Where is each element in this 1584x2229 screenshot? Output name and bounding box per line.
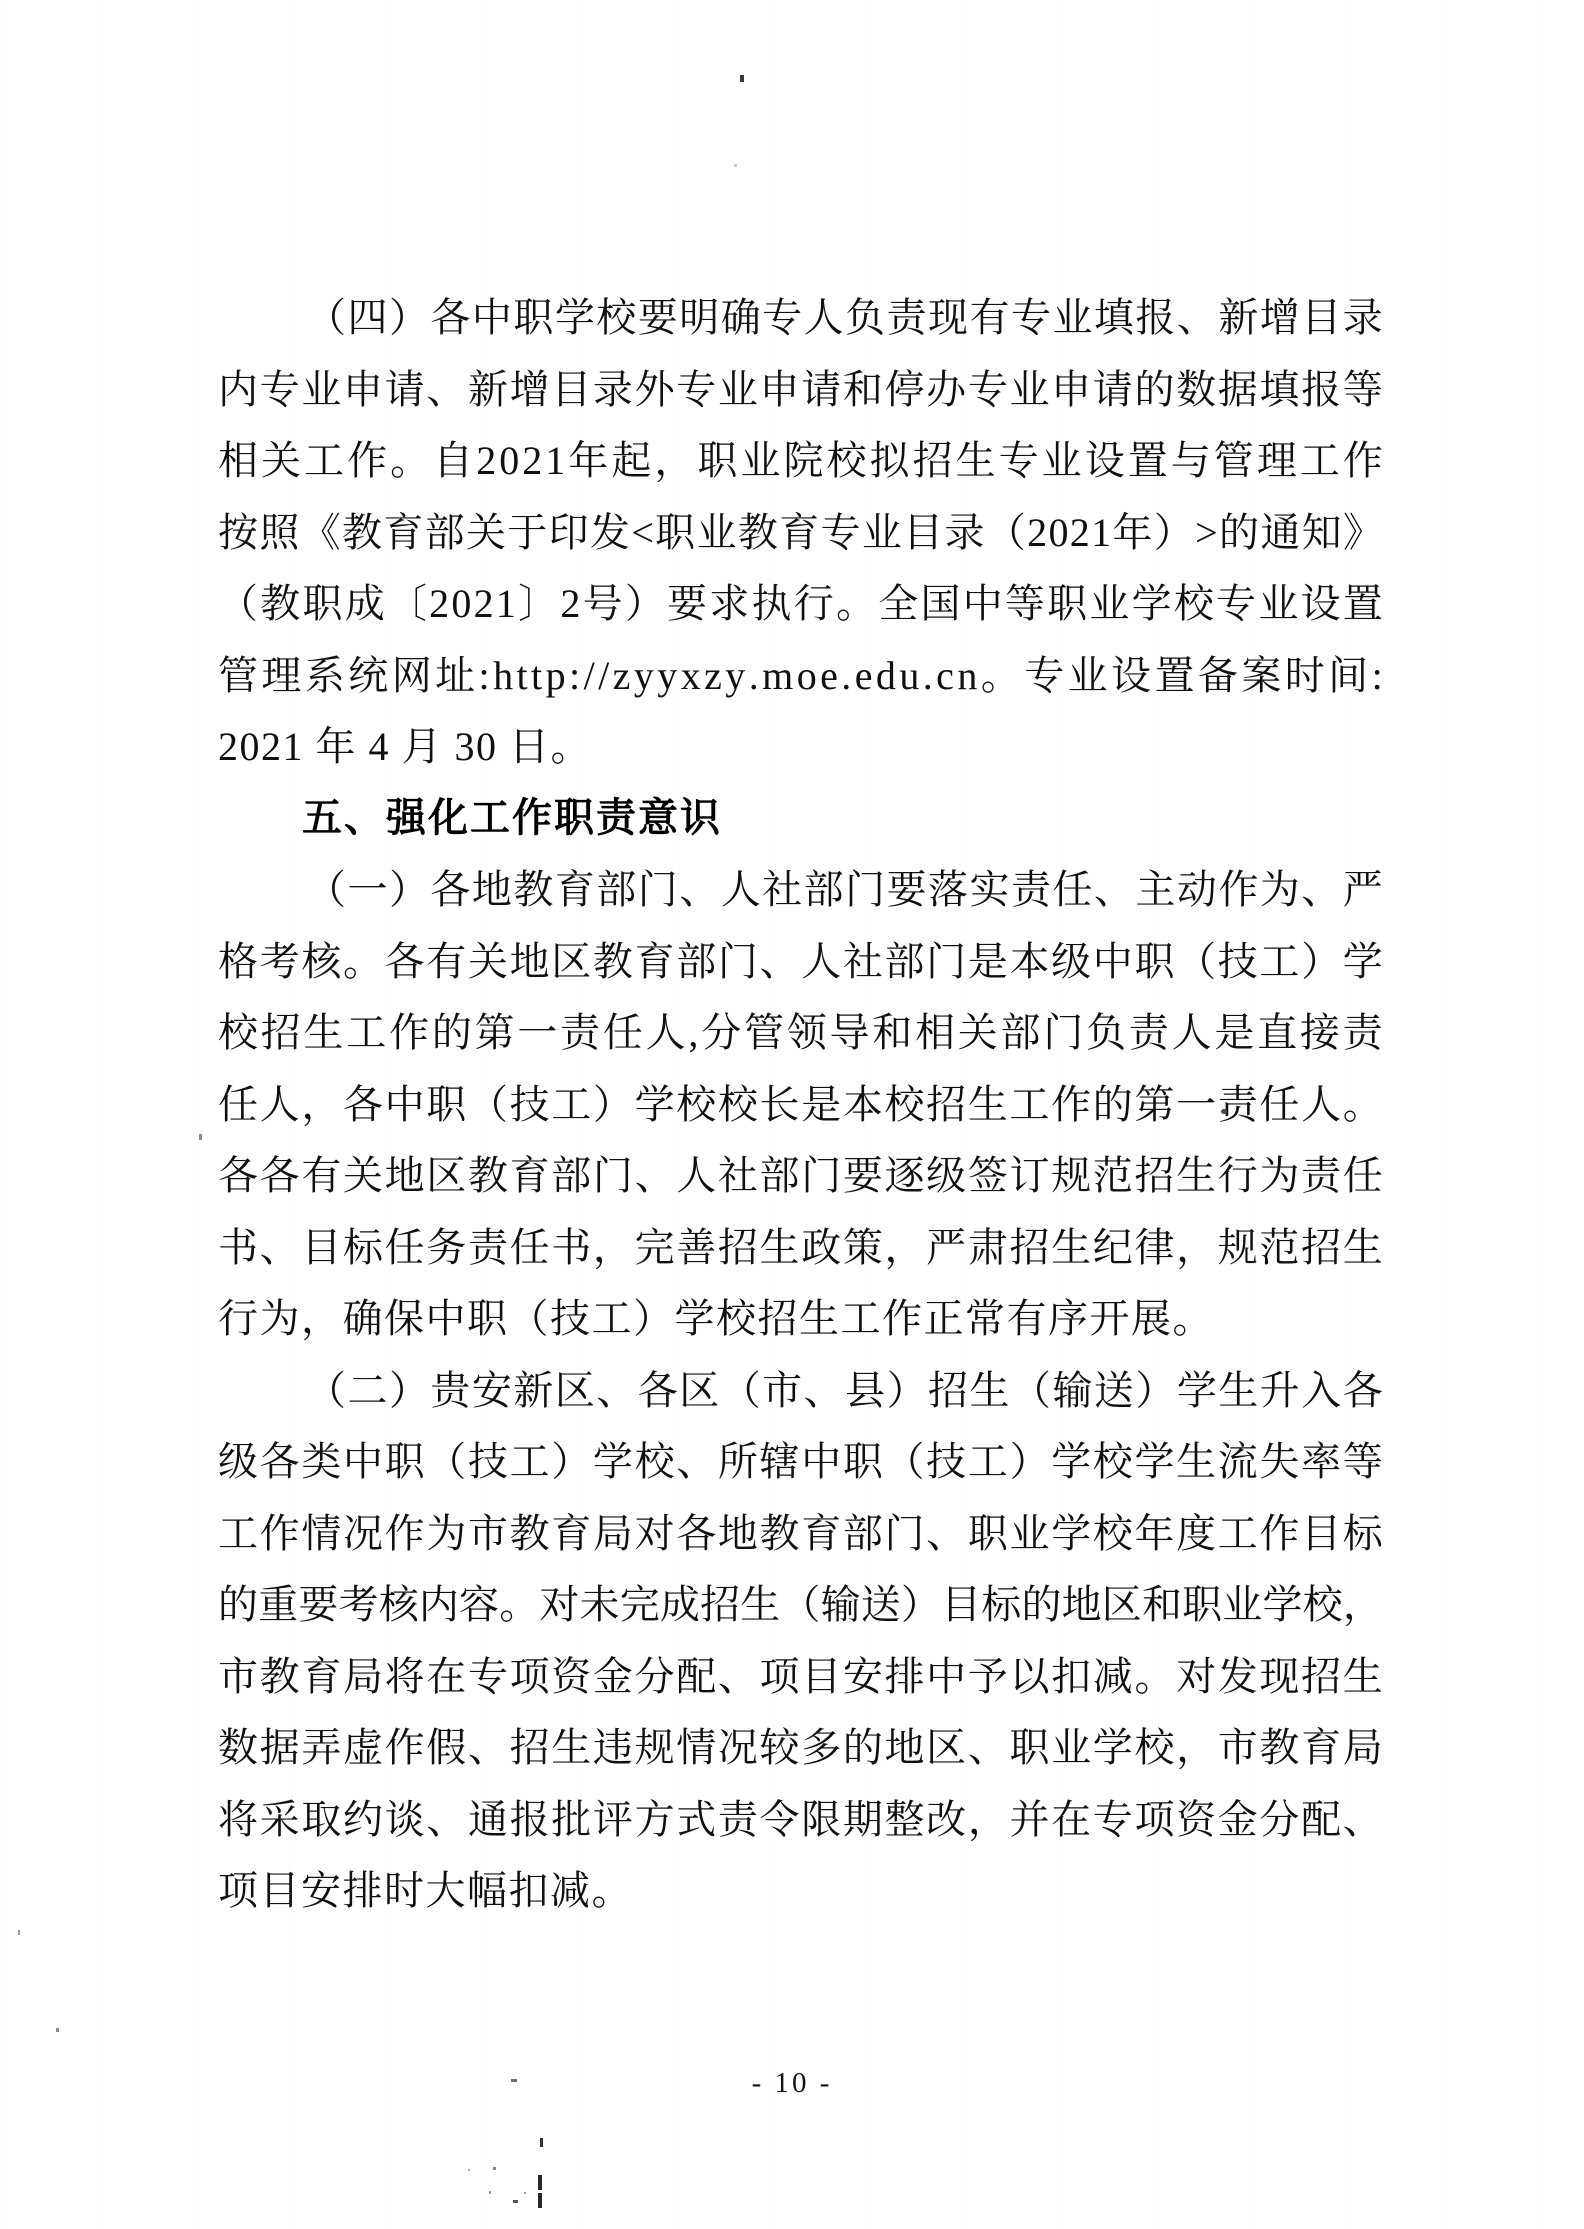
document-line: 行为，确保中职（技工）学校招生工作正常有序开展。 [218, 1283, 1383, 1355]
scan-artifact [740, 75, 744, 82]
document-line: 校招生工作的第一责任人,分管领导和相关部门负责人是直接责 [218, 997, 1383, 1069]
page-number: - 10 - [0, 2061, 1584, 2105]
document-line: 书、目标任务责任书，完善招生政策，严肃招生纪律，规范招生 [218, 1212, 1383, 1284]
document-line: （二）贵安新区、各区（市、县）招生（输送）学生升入各 [218, 1355, 1383, 1427]
document-line: （教职成〔2021〕2号）要求执行。全国中等职业学校专业设置 [218, 568, 1383, 640]
paragraph-er: （二）贵安新区、各区（市、县）招生（输送）学生升入各 级各类中职（技工）学校、所… [218, 1355, 1383, 1927]
document-line: 项目安排时大幅扣减。 [218, 1855, 1383, 1927]
document-text-block: （四）各中职学校要明确专人负责现有专业填报、新增目录 内专业申请、新增目录外专业… [218, 282, 1383, 1927]
document-line: 级各类中职（技工）学校、所辖中职（技工）学校学生流失率等 [218, 1426, 1383, 1498]
scan-artifact [56, 2028, 59, 2032]
document-line: 工作情况作为市教育局对各地教育部门、职业学校年度工作目标 [218, 1498, 1383, 1570]
scan-artifact [538, 2175, 542, 2190]
scan-artifact [513, 2200, 518, 2203]
document-line: 将采取约谈、通报批评方式责令限期整改，并在专项资金分配、 [218, 1784, 1383, 1856]
document-line: 任人，各中职（技工）学校校长是本校招生工作的第一责任人。 [218, 1069, 1383, 1141]
document-line: 格考核。各有关地区教育部门、人社部门是本级中职（技工）学 [218, 926, 1383, 998]
document-line: 的重要考核内容。对未完成招生（输送）目标的地区和职业学校， [218, 1569, 1383, 1641]
scan-artifact [540, 2138, 543, 2147]
document-line: 2021 年 4 月 30 日。 [218, 711, 1383, 783]
document-line: 内专业申请、新增目录外专业申请和停办专业申请的数据填报等 [218, 354, 1383, 426]
document-line: 市教育局将在专项资金分配、项目安排中予以扣减。对发现招生 [218, 1641, 1383, 1713]
scan-artifact [493, 2167, 496, 2170]
document-line: 按照《教育部关于印发<职业教育专业目录（2021年）>的通知》 [218, 497, 1383, 569]
section-heading: 五、强化工作职责意识 [218, 783, 1383, 855]
scan-artifact [1221, 1109, 1227, 1114]
scan-artifact [511, 2079, 517, 2082]
scan-artifact [489, 2191, 491, 2194]
scanned-document-page: （四）各中职学校要明确专人负责现有专业填报、新增目录 内专业申请、新增目录外专业… [0, 0, 1584, 2229]
document-line: 各各有关地区教育部门、人社部门要逐级签订规范招生行为责任 [218, 1140, 1383, 1212]
document-line: （四）各中职学校要明确专人负责现有专业填报、新增目录 [218, 282, 1383, 354]
document-line: 数据弄虚作假、招生违规情况较多的地区、职业学校，市教育局 [218, 1712, 1383, 1784]
scan-artifact [524, 2192, 526, 2194]
document-line: 管理系统网址:http://zyyxzy.moe.edu.cn。专业设置备案时间… [218, 640, 1383, 712]
scan-artifact [538, 2193, 542, 2208]
paragraph-yi: （一）各地教育部门、人社部门要落实责任、主动作为、严 格考核。各有关地区教育部门… [218, 854, 1383, 1355]
paragraph-si: （四）各中职学校要明确专人负责现有专业填报、新增目录 内专业申请、新增目录外专业… [218, 282, 1383, 783]
scan-artifact [18, 1930, 20, 1935]
document-line: 相关工作。自2021年起，职业院校拟招生专业设置与管理工作 [218, 425, 1383, 497]
scan-artifact [199, 1134, 202, 1140]
scan-artifact [468, 2169, 470, 2171]
scan-artifact [734, 164, 737, 167]
document-line: （一）各地教育部门、人社部门要落实责任、主动作为、严 [218, 854, 1383, 926]
